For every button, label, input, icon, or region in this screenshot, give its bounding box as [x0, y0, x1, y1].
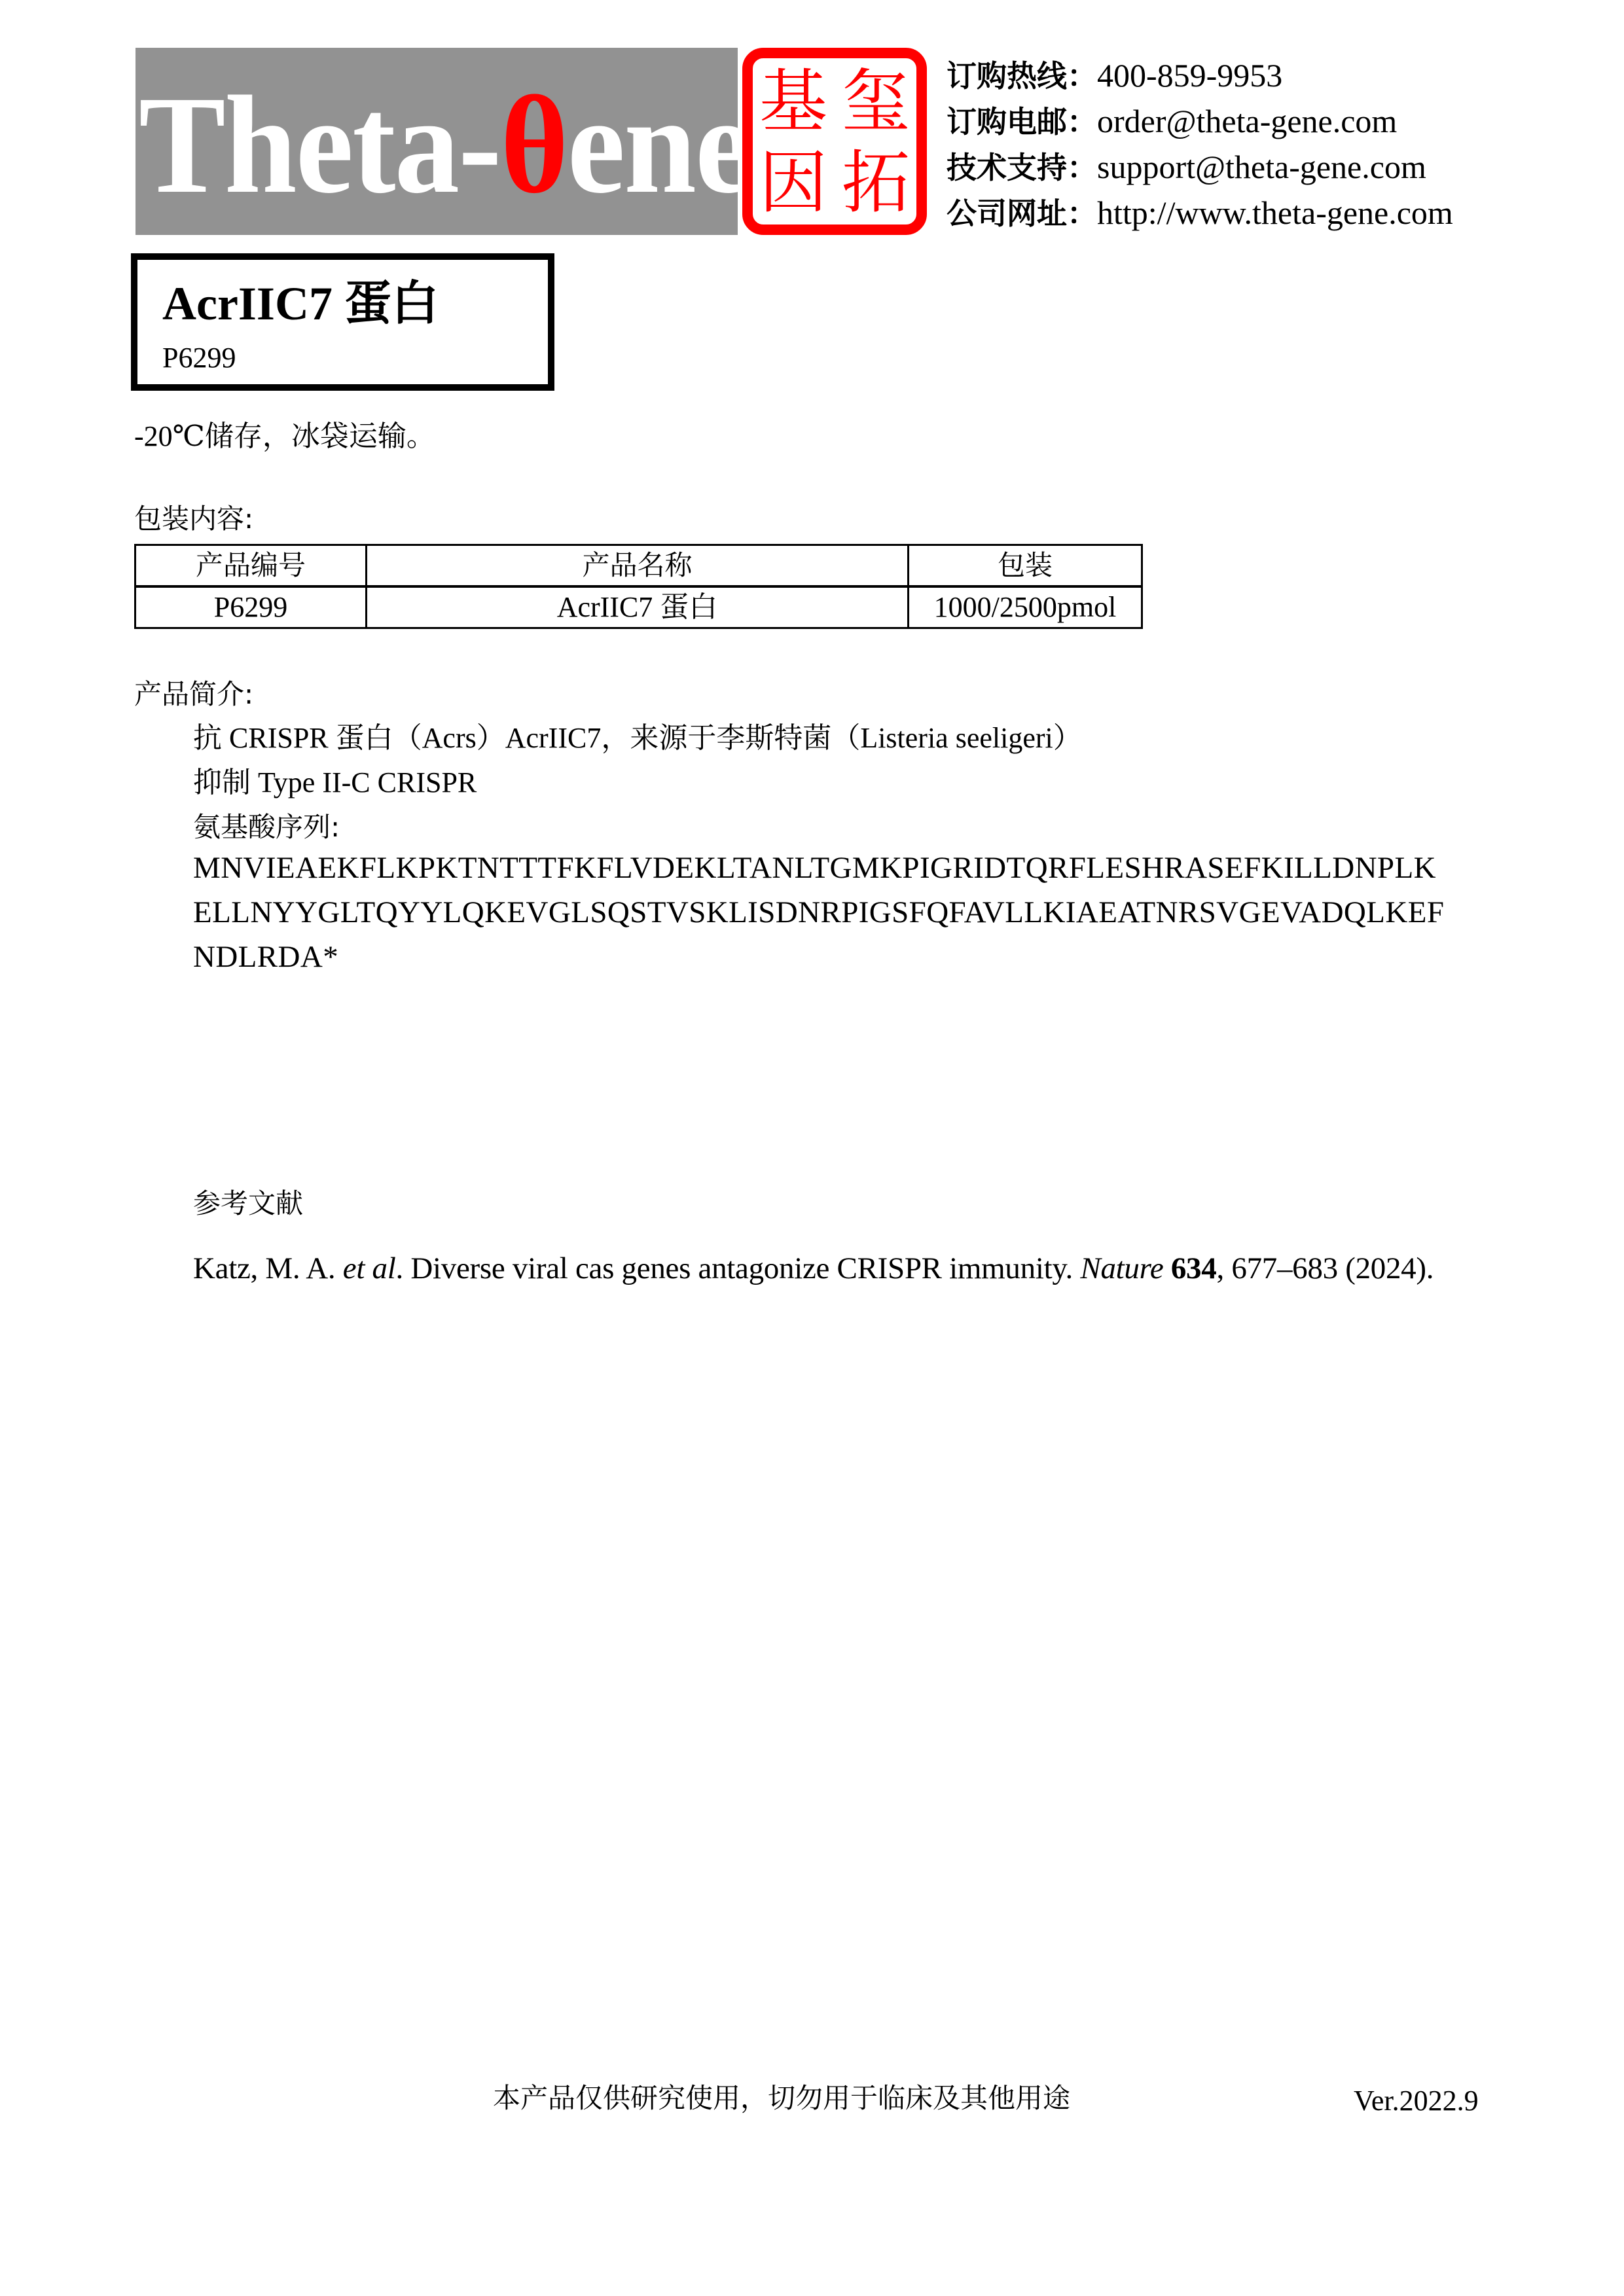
ref-etal: et al [343, 1251, 396, 1285]
contact-label: 订购电邮： [947, 104, 1097, 139]
logo-seal-stamp: 基 玺 因 拓 [742, 48, 927, 235]
product-code: P6299 [162, 338, 236, 378]
column-header: 包装 [909, 545, 1142, 587]
ref-authors: Katz, M. A. [193, 1251, 343, 1285]
intro-description-prefix: 抗 CRISPR 蛋白（Acrs）AcrIIC7，来源于李斯特菌（ [193, 722, 860, 754]
footer-disclaimer: 本产品仅供研究使用，切勿用于临床及其他用途 [493, 2078, 1070, 2119]
references-heading: 参考文献 [193, 1183, 303, 1224]
sequence-line: MNVIEAEKFLKPKTNTTTFKFLVDEKLTANLTGMKPIGRI… [193, 846, 1444, 890]
contact-label: 订购热线： [947, 58, 1097, 94]
ref-volume: 634 [1171, 1251, 1217, 1285]
contact-label: 公司网址： [947, 196, 1097, 231]
logo-text-suffix: ene [568, 67, 752, 223]
contact-label: 技术支持： [947, 150, 1097, 185]
stamp-char-1: 基 [754, 62, 833, 141]
storage-instructions: -20℃储存，冰袋运输。 [134, 416, 435, 457]
order-email-link[interactable]: order@theta-gene.com [1097, 103, 1397, 139]
stamp-char-2: 玺 [837, 62, 915, 141]
stamp-char-4: 拓 [837, 143, 915, 222]
document-version: Ver.2022.9 [1354, 2081, 1479, 2121]
ref-title: . Diverse viral cas genes antagonize CRI… [396, 1251, 1081, 1285]
stamp-char-3: 因 [754, 143, 833, 222]
contact-website: 公司网址：http://www.theta-gene.com [947, 190, 1536, 236]
amino-acid-sequence: MNVIEAEKFLKPKTNTTTFKFLVDEKLTANLTGMKPIGRI… [193, 846, 1444, 979]
phone-number: 400-859-9953 [1097, 57, 1282, 94]
ref-journal: Nature [1080, 1251, 1163, 1285]
table-header-row: 产品编号 产品名称 包装 [135, 545, 1142, 587]
product-title: AcrIIC7 蛋白 [162, 274, 439, 333]
sequence-line: ELLNYYGLTQYYLQKEVGLSQSTVSKLISDNRPIGSFQFA… [193, 890, 1444, 935]
contact-info: 订购热线：400-859-9953 订购电邮：order@theta-gene.… [947, 52, 1536, 236]
intro-description-suffix: ） [1053, 722, 1082, 754]
intro-inhibition: 抑制 Type II-C CRISPR [193, 761, 1568, 805]
logo-wordmark: Theta-θene [139, 80, 751, 211]
column-header: 产品名称 [367, 545, 909, 587]
species-name: Listeria seeligeri [860, 722, 1053, 754]
sequence-label: 氨基酸序列: [193, 805, 1568, 850]
packing-heading: 包装内容: [134, 499, 253, 539]
website-link[interactable]: http://www.theta-gene.com [1097, 194, 1453, 231]
contact-hotline: 订购热线：400-859-9953 [947, 52, 1536, 98]
ref-pages-year: , 677–683 (2024). [1216, 1251, 1434, 1285]
logo-theta-glyph: θ [501, 67, 568, 223]
sequence-line: NDLRDA* [193, 935, 1444, 979]
product-title-box: AcrIIC7 蛋白 P6299 [131, 253, 554, 391]
column-header: 产品编号 [135, 545, 367, 587]
logo-text-prefix: Theta- [139, 67, 501, 223]
intro-description: 抗 CRISPR 蛋白（Acrs）AcrIIC7，来源于李斯特菌（Listeri… [193, 716, 1568, 761]
table-row: P6299 AcrIIC7 蛋白 1000/2500pmol [135, 586, 1142, 628]
contact-support-email: 技术支持：support@theta-gene.com [947, 144, 1536, 190]
support-email-link[interactable]: support@theta-gene.com [1097, 149, 1426, 185]
table-cell-code: P6299 [135, 586, 367, 628]
reference-item: Katz, M. A. et al. Diverse viral cas gen… [193, 1247, 1434, 1289]
table-cell-package: 1000/2500pmol [909, 586, 1142, 628]
packing-table: 产品编号 产品名称 包装 P6299 AcrIIC7 蛋白 1000/2500p… [134, 544, 1143, 629]
table-cell-name: AcrIIC7 蛋白 [367, 586, 909, 628]
intro-heading: 产品简介: [134, 674, 253, 715]
intro-body: 抗 CRISPR 蛋白（Acrs）AcrIIC7，来源于李斯特菌（Listeri… [193, 716, 1568, 850]
contact-order-email: 订购电邮：order@theta-gene.com [947, 98, 1536, 144]
